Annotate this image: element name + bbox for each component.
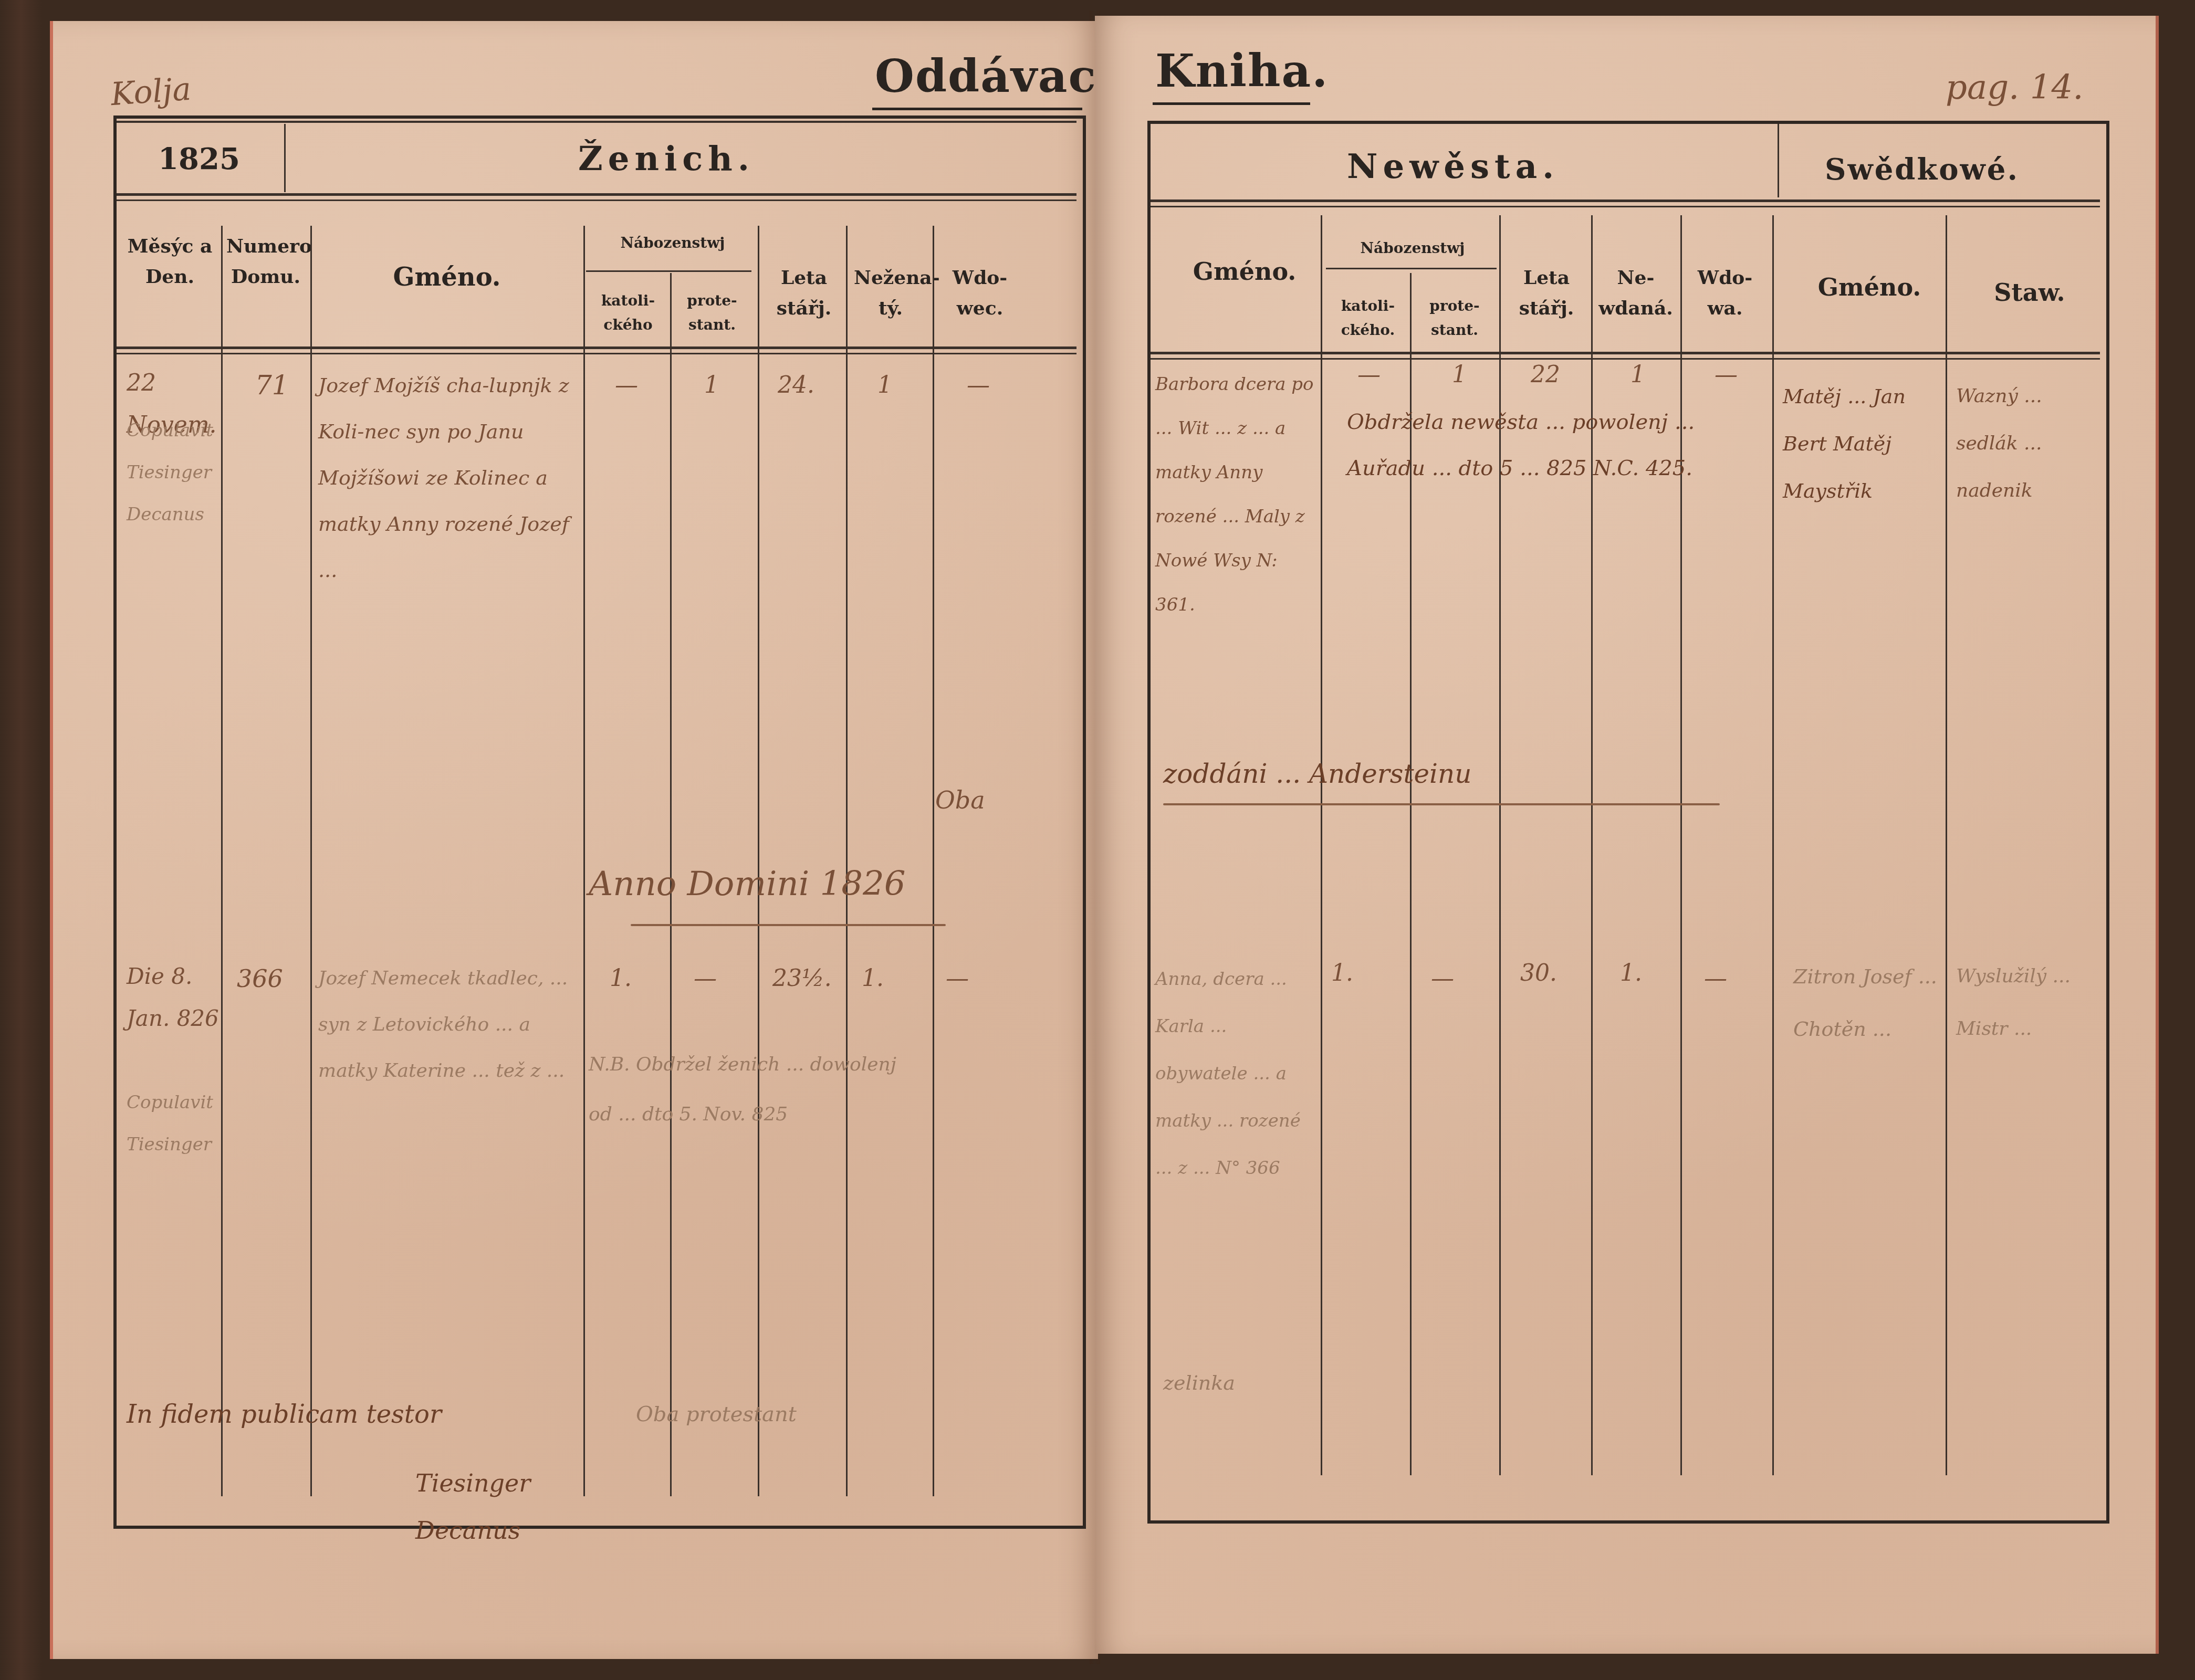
entry1-bride-widow: — — [1715, 352, 1738, 398]
left-page: Kolja Oddávacý 1825 Ženich. Měsýc a Den.… — [50, 21, 1098, 1659]
register-frame-right — [1147, 121, 2109, 1524]
entry2-bride-protestant: — — [1431, 955, 1454, 1002]
entry1-bride-unmarried: 1 — [1630, 352, 1645, 398]
groom-header: Ženich. — [578, 139, 755, 178]
column-line — [933, 226, 934, 1496]
entry2-bride-unmarried: 1. — [1620, 950, 1642, 996]
entry1-bride-age: 22 — [1531, 352, 1560, 398]
entry1-note: Oba — [935, 777, 985, 823]
col-catholic: katoli-ckého — [589, 289, 667, 337]
book-title-right: Kniha. — [1155, 45, 1329, 98]
entry1-bride-note: Obdržela newěsta ... powolenj ... Auřadu… — [1347, 399, 1767, 491]
entry2-bride-catholic: 1. — [1331, 950, 1353, 996]
entry2-house: 366 — [237, 955, 283, 1002]
body-rule — [1151, 352, 2100, 354]
witness-header: Swědkowé. — [1825, 152, 2019, 187]
entry2-witnesses: Zitron Josef ... Chotěn ... — [1793, 950, 1940, 1055]
body-rule — [1151, 358, 2100, 360]
column-line — [583, 226, 585, 1496]
entry1-officiant: Copulavit Tiesinger Decanus — [127, 409, 216, 535]
book-title-left: Oddávacý — [875, 50, 1124, 103]
divider — [284, 124, 286, 192]
col-unmarried: Ne-wdaná. — [1594, 262, 1678, 323]
year-label: 1825 — [158, 142, 240, 176]
col-widower: Wdo-wec. — [940, 262, 1019, 323]
entry2-note: N.B. Obdržel ženich ... dowolenj od ... … — [589, 1039, 914, 1139]
col-protestant: prote-stant. — [673, 289, 751, 337]
page-reference: pag. 14. — [1946, 68, 2084, 107]
col-groom-name: Gméno. — [347, 262, 547, 292]
religion-rule — [586, 270, 751, 272]
col-widow: Wdo-wa. — [1683, 262, 1767, 323]
entry2-groom-name: Jozef Nemecek tkadlec, ... syn z Letovic… — [318, 955, 581, 1094]
header-rule — [1151, 206, 2100, 207]
entry2-widower: — — [946, 955, 969, 1002]
entry2-officiant: Copulavit Tiesinger — [127, 1081, 216, 1165]
entry1-witness-status: Wazný ... sedlák ... nadenik — [1956, 373, 2098, 514]
col-catholic: katoli-ckého. — [1326, 294, 1410, 342]
book-spread: Kolja Oddávacý 1825 Ženich. Měsýc a Den.… — [0, 0, 2195, 1680]
right-page: Kniha. pag. 14. Newěsta. Swědkowé. Gméno… — [1095, 16, 2159, 1654]
entry2-protestant: — — [694, 955, 717, 1002]
header-rule — [117, 199, 1076, 201]
col-month-day: Měsýc a Den. — [121, 231, 218, 292]
note2-underline — [1163, 803, 1720, 805]
col-religion: Nábozenstwj — [1329, 236, 1497, 260]
header-rule — [117, 193, 1076, 196]
title-underline — [872, 108, 1082, 110]
footer-attestation: In fidem publicam testor — [127, 1391, 442, 1437]
year-value: 1825 — [158, 142, 240, 176]
column-line — [1772, 215, 1774, 1475]
col-age: Leta stářj. — [1504, 262, 1588, 323]
header-rule — [1151, 199, 2100, 202]
footer-mark: zelinka — [1163, 1360, 1235, 1406]
entry1-catholic: — — [615, 362, 638, 408]
entry2-witness-status: Wyslužilý ... Mistr ... — [1956, 950, 2098, 1055]
entry1-age: 24. — [778, 362, 814, 408]
column-line — [1946, 215, 1947, 1475]
margin-note: Kolja — [110, 71, 192, 113]
entry1-witnesses: Matěj ... Jan Bert Matěj Maystřik — [1783, 373, 1940, 514]
entry2-bride-age: 30. — [1520, 950, 1557, 996]
col-age: Leta stářj. — [765, 262, 843, 323]
frame-double-line — [117, 121, 1076, 123]
entry1-bride-name: Barbora dcera po ... Wit ... z ... a mat… — [1155, 362, 1318, 627]
col-witness-status: Staw. — [1961, 278, 2098, 307]
entry2-bride-widow: — — [1704, 955, 1727, 1002]
entry1-bride-note2: zoddáni ... Andersteinu — [1163, 751, 1471, 797]
entry1-house: 71 — [255, 362, 289, 408]
entry2-date: Die 8. Jan. 826 — [127, 955, 221, 1039]
column-line — [221, 226, 223, 1496]
entry1-unmarried: 1 — [877, 362, 892, 408]
entry1-widower: — — [967, 362, 990, 408]
divider — [1778, 124, 1779, 197]
entry2-bride-name: Anna, dcera ... Karla ... obywatele ... … — [1155, 955, 1318, 1192]
col-bride-name: Gméno. — [1174, 257, 1315, 286]
entry2-age: 23½. — [772, 955, 832, 1002]
title-underline — [1153, 102, 1310, 105]
entry2-catholic: 1. — [610, 955, 632, 1002]
entry1-bride-catholic: — — [1357, 352, 1381, 398]
religion-rule — [1326, 268, 1497, 269]
footer-signature: Tiesinger Decanus — [415, 1459, 573, 1554]
entry1-groom-name: Jozef Mojžíš cha-lupnjk z Koli-nec syn p… — [318, 362, 581, 593]
col-house-number: Numero Domu. — [226, 231, 305, 292]
year-divider-underline — [631, 924, 946, 926]
footer-note: Oba protestant — [636, 1391, 797, 1437]
col-witness-name: Gméno. — [1783, 273, 1956, 301]
bride-header: Newěsta. — [1347, 147, 1559, 186]
column-line — [1321, 215, 1322, 1475]
entry1-bride-protestant: 1 — [1452, 352, 1467, 398]
column-line — [310, 226, 312, 1496]
entry1-protestant: 1 — [704, 362, 719, 408]
col-protestant: prote-stant. — [1413, 294, 1497, 342]
col-unmarried: Nežena-tý. — [854, 262, 927, 323]
year-divider: Anno Domini 1826 — [589, 861, 905, 907]
entry2-unmarried: 1. — [862, 955, 884, 1002]
col-religion: Nábozenstwj — [591, 231, 754, 255]
